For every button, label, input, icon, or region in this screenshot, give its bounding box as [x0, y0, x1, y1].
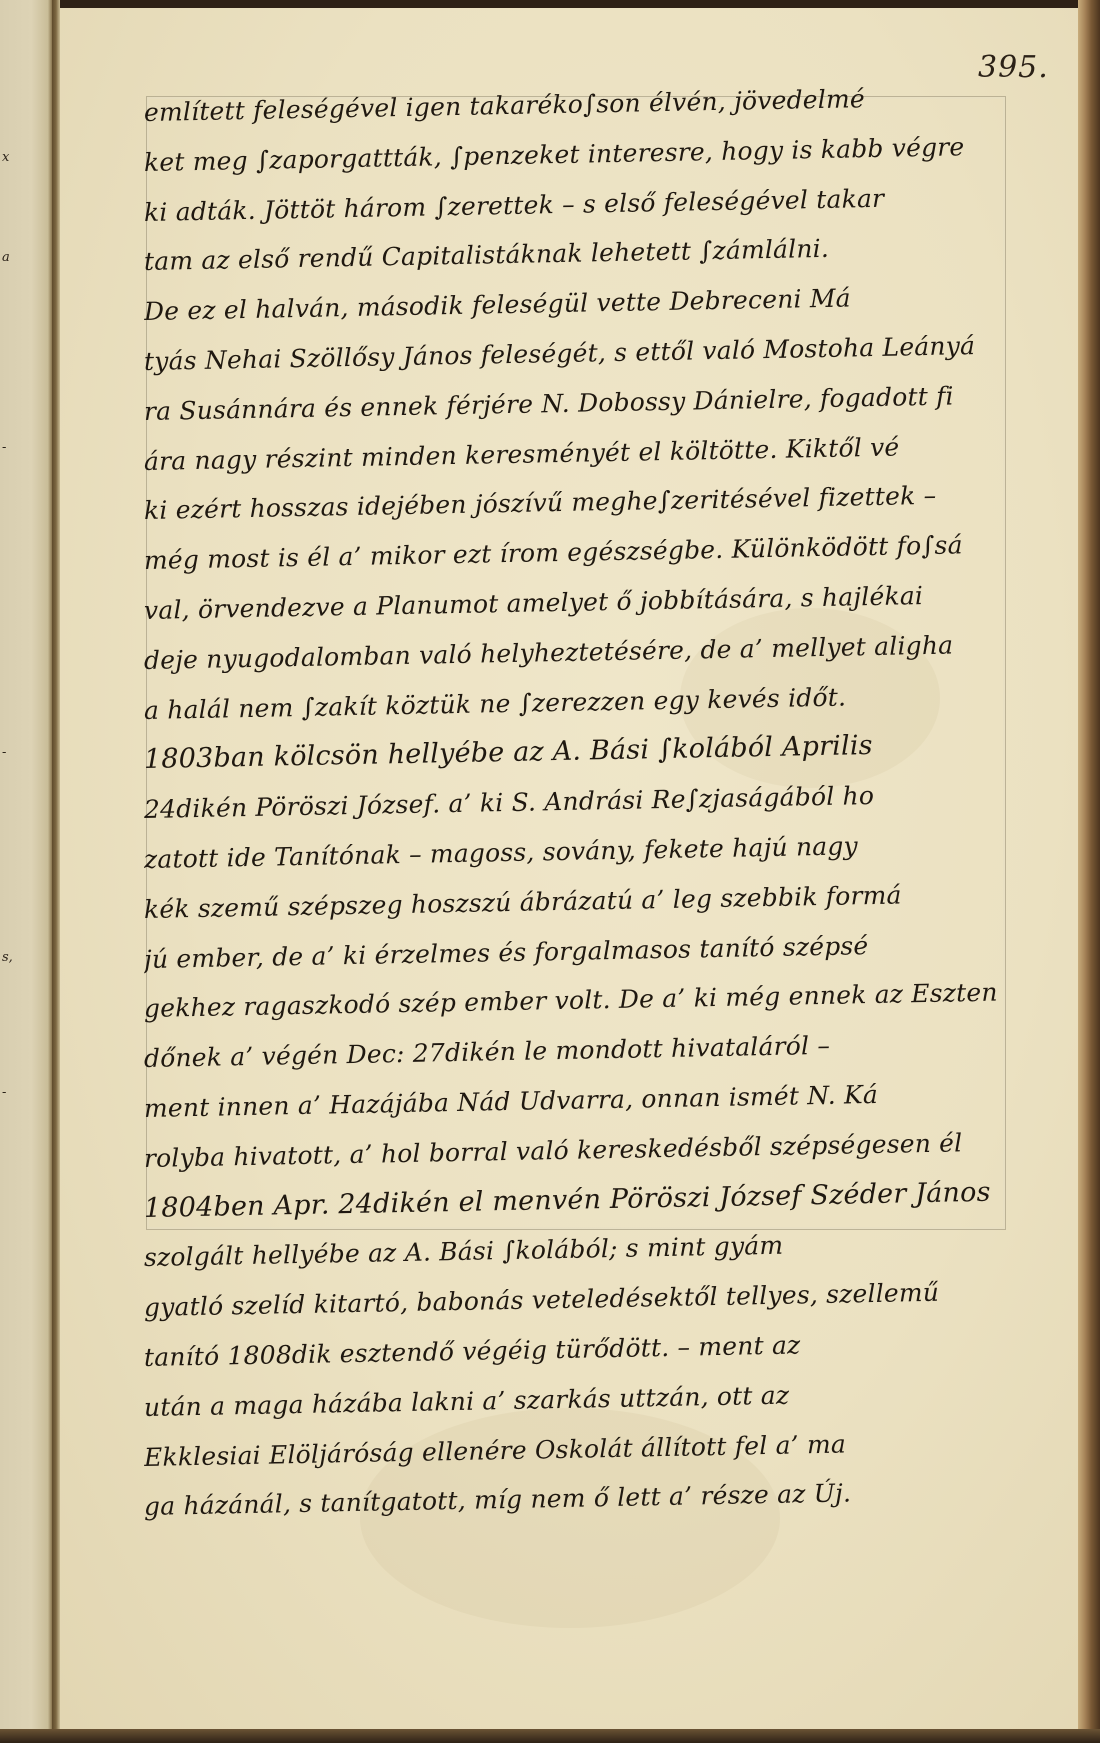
margin-mark: a — [2, 250, 10, 265]
margin-mark: - — [2, 440, 6, 455]
margin-mark: s, — [2, 950, 13, 965]
book-bottom-edge — [0, 1729, 1100, 1743]
margin-mark: x — [2, 150, 9, 165]
margin-mark: - — [2, 745, 6, 760]
book-fore-edge — [1078, 0, 1100, 1743]
manuscript-page: 395. említett feleségével igen takaréko∫… — [60, 8, 1080, 1730]
margin-mark: - — [2, 1085, 6, 1100]
handwritten-text-block: említett feleségével igen takaréko∫son é… — [144, 88, 1014, 1532]
manuscript-scan: x a - - s, - 395. említett feleségével i… — [0, 0, 1100, 1743]
book-gutter — [52, 0, 60, 1743]
facing-page-edge: x a - - s, - — [0, 0, 52, 1743]
